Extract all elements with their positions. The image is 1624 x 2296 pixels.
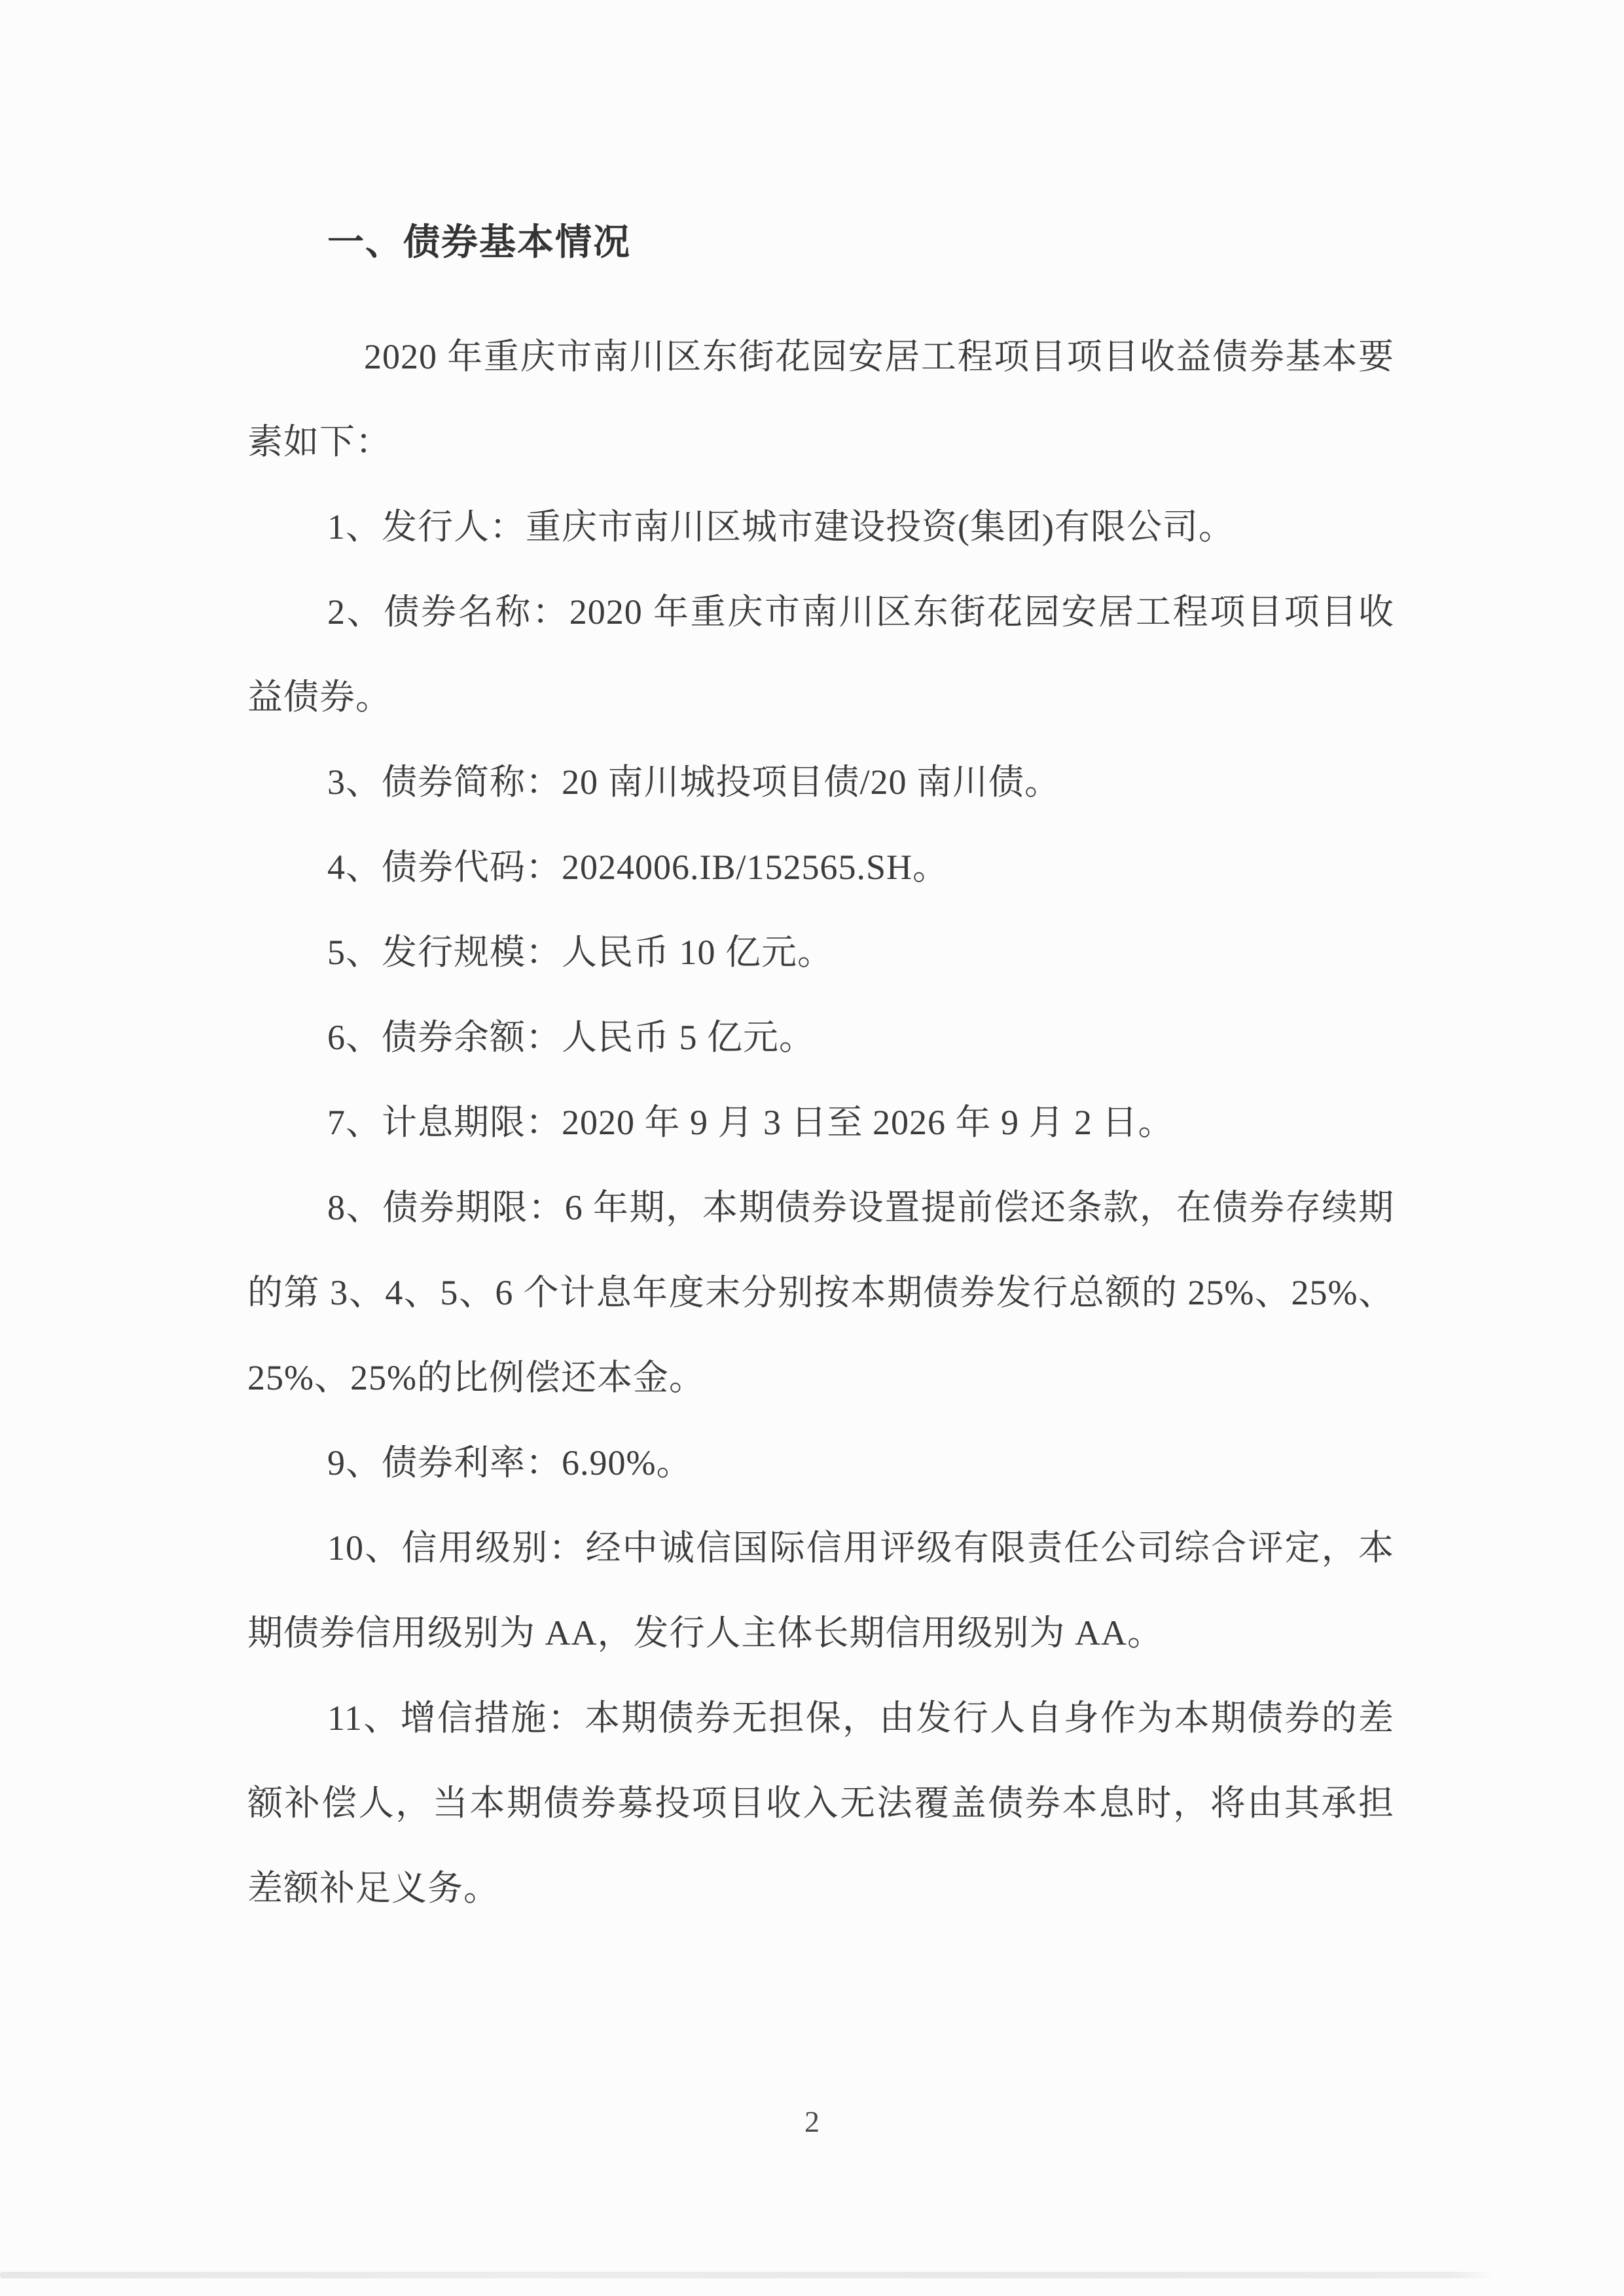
document-body: 一、债券基本情况 2020 年重庆市南川区东街花园安居工程项目项目收益债券基本要… bbox=[247, 200, 1394, 1931]
document-page: 一、债券基本情况 2020 年重庆市南川区东街花园安居工程项目项目收益债券基本要… bbox=[0, 0, 1624, 2296]
intro-paragraph: 2020 年重庆市南川区东街花园安居工程项目项目收益债券基本要素如下： bbox=[247, 314, 1394, 484]
bond-item-interest-period: 7、计息期限：2020 年 9 月 3 日至 2026 年 9 月 2 日。 bbox=[247, 1080, 1394, 1165]
section-heading: 一、债券基本情况 bbox=[247, 200, 1394, 285]
bond-item-interest-rate: 9、债券利率：6.90%。 bbox=[247, 1420, 1394, 1505]
scan-artifact-line bbox=[0, 2272, 1495, 2278]
bond-item-name: 2、债券名称：2020 年重庆市南川区东街花园安居工程项目项目收益债券。 bbox=[247, 569, 1394, 740]
bond-item-credit-enhancement: 11、增信措施：本期债券无担保，由发行人自身作为本期债券的差额补偿人，当本期债券… bbox=[247, 1676, 1394, 1931]
bond-item-issuer: 1、发行人：重庆市南川区城市建设投资(集团)有限公司。 bbox=[247, 484, 1394, 569]
bond-item-term: 8、债券期限：6 年期，本期债券设置提前偿还条款，在债券存续期的第 3、4、5、… bbox=[247, 1165, 1394, 1420]
bond-item-code: 4、债券代码：2024006.IB/152565.SH。 bbox=[247, 825, 1394, 910]
bond-item-credit-rating: 10、信用级别：经中诚信国际信用评级有限责任公司综合评定，本期债券信用级别为 A… bbox=[247, 1505, 1394, 1676]
bond-item-issue-size: 5、发行规模：人民币 10 亿元。 bbox=[247, 910, 1394, 995]
bond-item-short-name: 3、债券简称：20 南川城投项目债/20 南川债。 bbox=[247, 740, 1394, 825]
page-number: 2 bbox=[0, 2102, 1624, 2142]
bond-item-outstanding-balance: 6、债券余额：人民币 5 亿元。 bbox=[247, 995, 1394, 1080]
